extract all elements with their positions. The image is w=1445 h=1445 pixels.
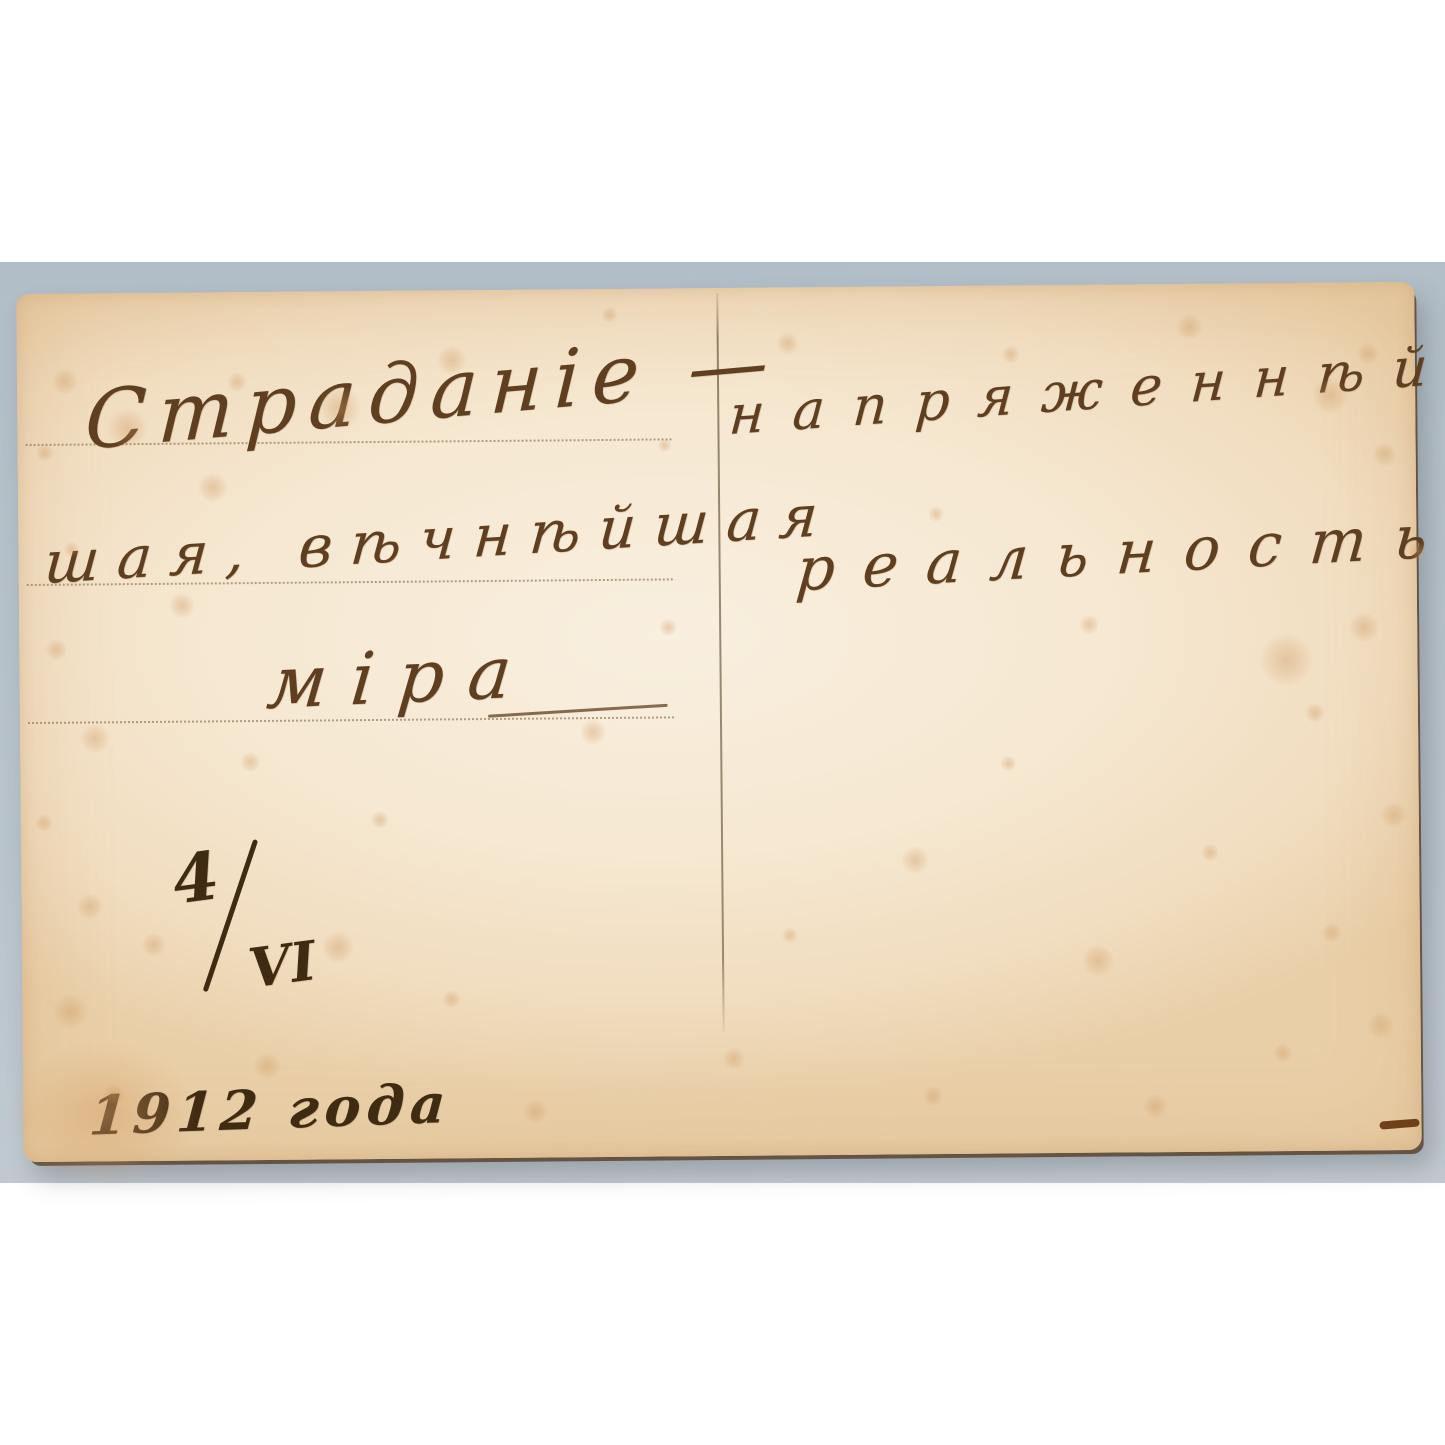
foxing-stain bbox=[1273, 1043, 1293, 1063]
foxing-stain bbox=[52, 369, 78, 395]
foxing-stain bbox=[169, 593, 195, 619]
foxing-stain bbox=[45, 639, 67, 661]
foxing-stain bbox=[1322, 923, 1342, 943]
edge-ink-mark bbox=[1379, 1119, 1420, 1130]
foxing-stain bbox=[1143, 1094, 1167, 1118]
foxing-stain bbox=[723, 1048, 745, 1070]
handwriting-line1-left: Страданіе — bbox=[83, 316, 782, 466]
foxing-stain bbox=[371, 811, 389, 829]
foxing-stain bbox=[1373, 442, 1397, 466]
foxing-stain bbox=[928, 506, 944, 522]
foxing-stain bbox=[580, 719, 606, 745]
foxing-stain bbox=[1000, 755, 1016, 771]
foxing-stain bbox=[1082, 945, 1114, 977]
foxing-stain bbox=[52, 994, 88, 1030]
foxing-stain bbox=[36, 444, 54, 462]
foxing-stain bbox=[442, 990, 460, 1008]
foxing-stain bbox=[1176, 314, 1202, 340]
foxing-stain bbox=[923, 1086, 943, 1106]
foxing-stain bbox=[76, 893, 102, 919]
foxing-stain bbox=[1368, 1012, 1394, 1038]
foxing-stain bbox=[142, 933, 166, 957]
foxing-stain bbox=[1305, 703, 1325, 723]
handwriting-line2-right: реальность bbox=[794, 503, 1445, 604]
foxing-stain bbox=[1079, 615, 1099, 635]
foxing-stain bbox=[1259, 633, 1313, 687]
foxing-stain bbox=[1201, 844, 1219, 862]
foxing-stain bbox=[659, 618, 677, 636]
foxing-stain bbox=[35, 814, 53, 832]
date-notation: 4 VI bbox=[158, 819, 391, 1035]
foxing-stain bbox=[1002, 345, 1020, 363]
foxing-stain bbox=[240, 752, 260, 772]
foxing-stain bbox=[901, 846, 929, 874]
foxing-stain bbox=[601, 307, 617, 323]
foxing-stain bbox=[1381, 802, 1407, 828]
date-day: 4 bbox=[168, 839, 223, 917]
foxing-stain bbox=[658, 438, 672, 452]
date-month-roman: VI bbox=[245, 931, 319, 999]
foxing-stain bbox=[523, 1100, 547, 1124]
handwriting-line3: міра bbox=[264, 632, 539, 723]
handwriting-line1-right: напряженнѣй- bbox=[727, 332, 1445, 446]
foxing-stain bbox=[782, 927, 798, 943]
postcard: Страданіе — напряженнѣй- шая, вѣчнѣйшая … bbox=[16, 282, 1422, 1162]
foxing-stain bbox=[1349, 612, 1379, 642]
foxing-stain bbox=[253, 1052, 281, 1080]
foxing-stain bbox=[80, 723, 110, 753]
foxing-stain bbox=[198, 472, 228, 502]
